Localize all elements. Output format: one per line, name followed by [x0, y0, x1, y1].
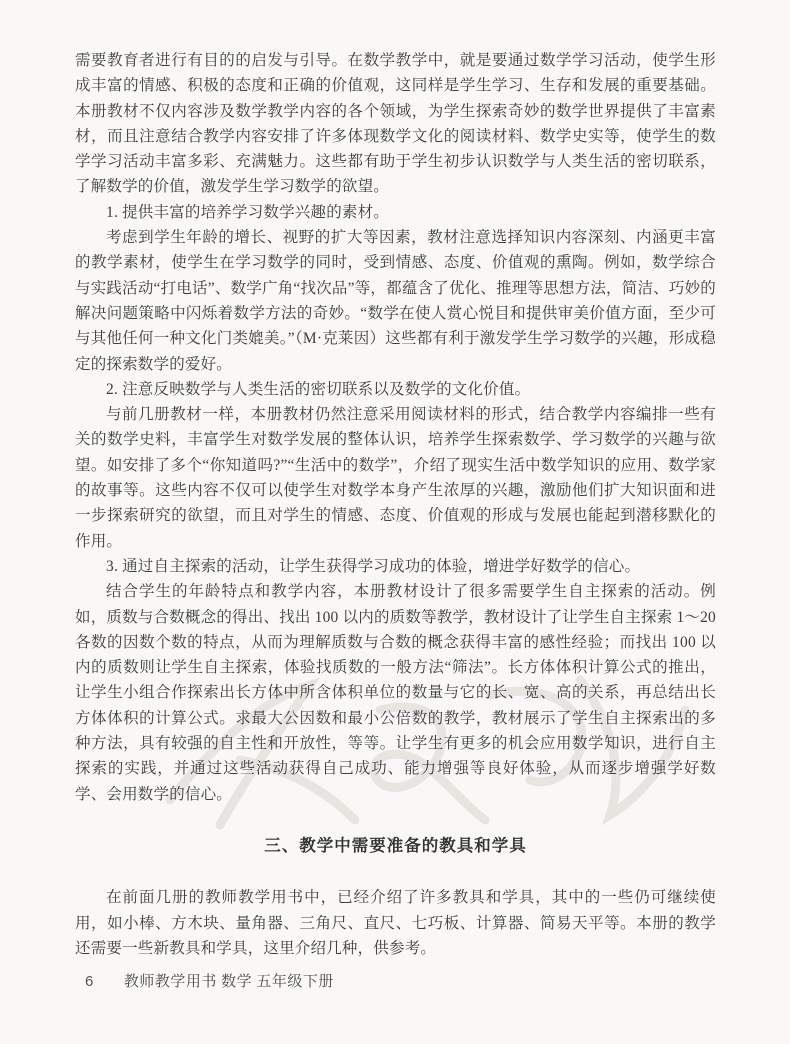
- book-title: 教师教学用书 数学 五年级下册: [124, 970, 334, 991]
- section-heading: 三、教学中需要准备的教具和学具: [75, 833, 716, 858]
- body-paragraph: 在前面几册的教师教学用书中，已经介绍了许多教具和学具，其中的一些仍可继续使用，如…: [75, 885, 716, 961]
- body-paragraph: 与前几册教材一样，本册教材仍然注意采用阅读材料的形式，结合教学内容编排一些有关的…: [75, 402, 716, 554]
- body-paragraph: 结合学生的年龄特点和教学内容，本册教材设计了很多需要学生自主探索的活动。例如，质…: [75, 579, 716, 807]
- page-number: 6: [85, 973, 94, 990]
- numbered-item-2: 2. 注意反映数学与人类生活的密切联系以及数学的文化价值。: [75, 377, 716, 402]
- numbered-item-3: 3. 通过自主探索的活动，让学生获得学习成功的体验，增进学好数学的信心。: [75, 554, 716, 579]
- scanned-book-page: 需要教育者进行有目的的启发与引导。在数学教学中，就是要通过数学学习活动，使学生形…: [0, 0, 790, 1044]
- page-body: 需要教育者进行有目的的启发与引导。在数学教学中，就是要通过数学学习活动，使学生形…: [75, 48, 716, 961]
- numbered-item-1: 1. 提供丰富的培养学习数学兴趣的素材。: [75, 200, 716, 225]
- page-footer: 6 教师教学用书 数学 五年级下册: [85, 970, 334, 991]
- body-paragraph: 需要教育者进行有目的的启发与引导。在数学教学中，就是要通过数学学习活动，使学生形…: [75, 48, 716, 200]
- body-paragraph: 考虑到学生年龄的增长、视野的扩大等因素，教材注意选择知识内容深刻、内涵更丰富的教…: [75, 225, 716, 377]
